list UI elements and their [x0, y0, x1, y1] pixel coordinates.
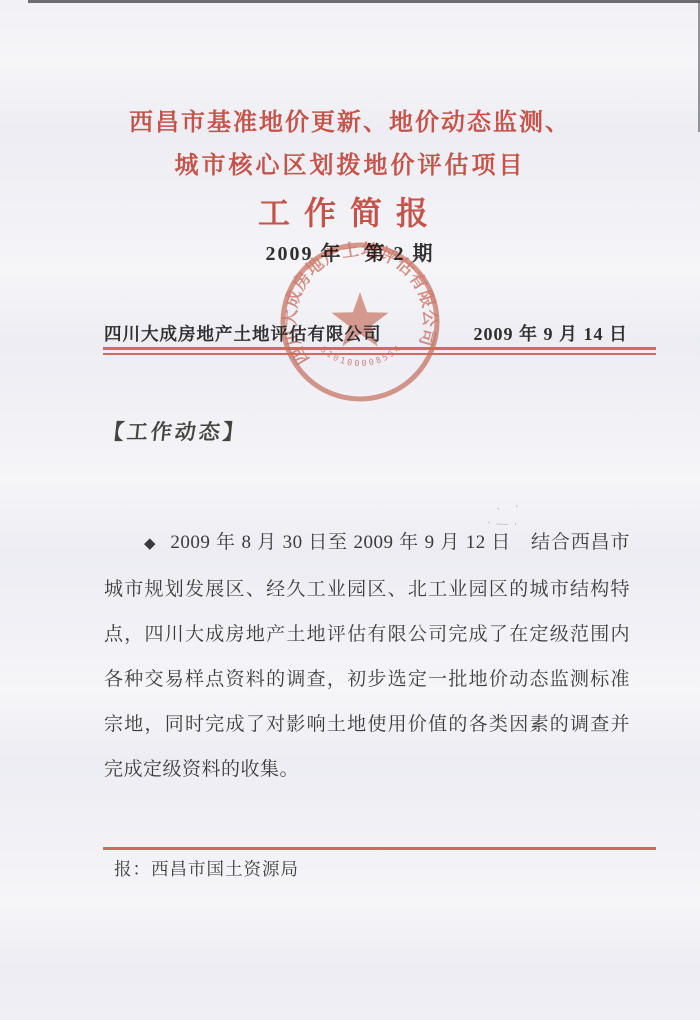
header-double-rule [103, 347, 656, 355]
footer-rule [103, 847, 656, 850]
publisher-company-name: 四川大成房地产土地评估有限公司 [104, 321, 382, 346]
document-title-line1: 西昌市基准地价更新、地价动态监测、 [0, 102, 700, 137]
document-subtitle: 工作简报 [0, 188, 700, 234]
publisher-row: 四川大成房地产土地评估有限公司 2009 年 9 月 14 日 [104, 320, 628, 346]
document-title-line2: 城市核心区划拨地价评估项目 [0, 145, 700, 180]
publish-date: 2009 年 9 月 14 日 [474, 320, 629, 346]
diamond-bullet-icon: ◆ [144, 536, 156, 552]
footer-recipient: 报：西昌市国土资源局 [114, 856, 299, 881]
body-paragraph-text: 2009 年 8 月 30 日至 2009 年 9 月 12 日 结合西昌市城市… [104, 532, 630, 780]
section-header-work-updates: 【工作动态】 [101, 416, 248, 446]
scan-edge-top [28, 0, 700, 3]
body-paragraph: ◆2009 年 8 月 30 日至 2009 年 9 月 12 日 结合西昌市城… [104, 520, 630, 792]
